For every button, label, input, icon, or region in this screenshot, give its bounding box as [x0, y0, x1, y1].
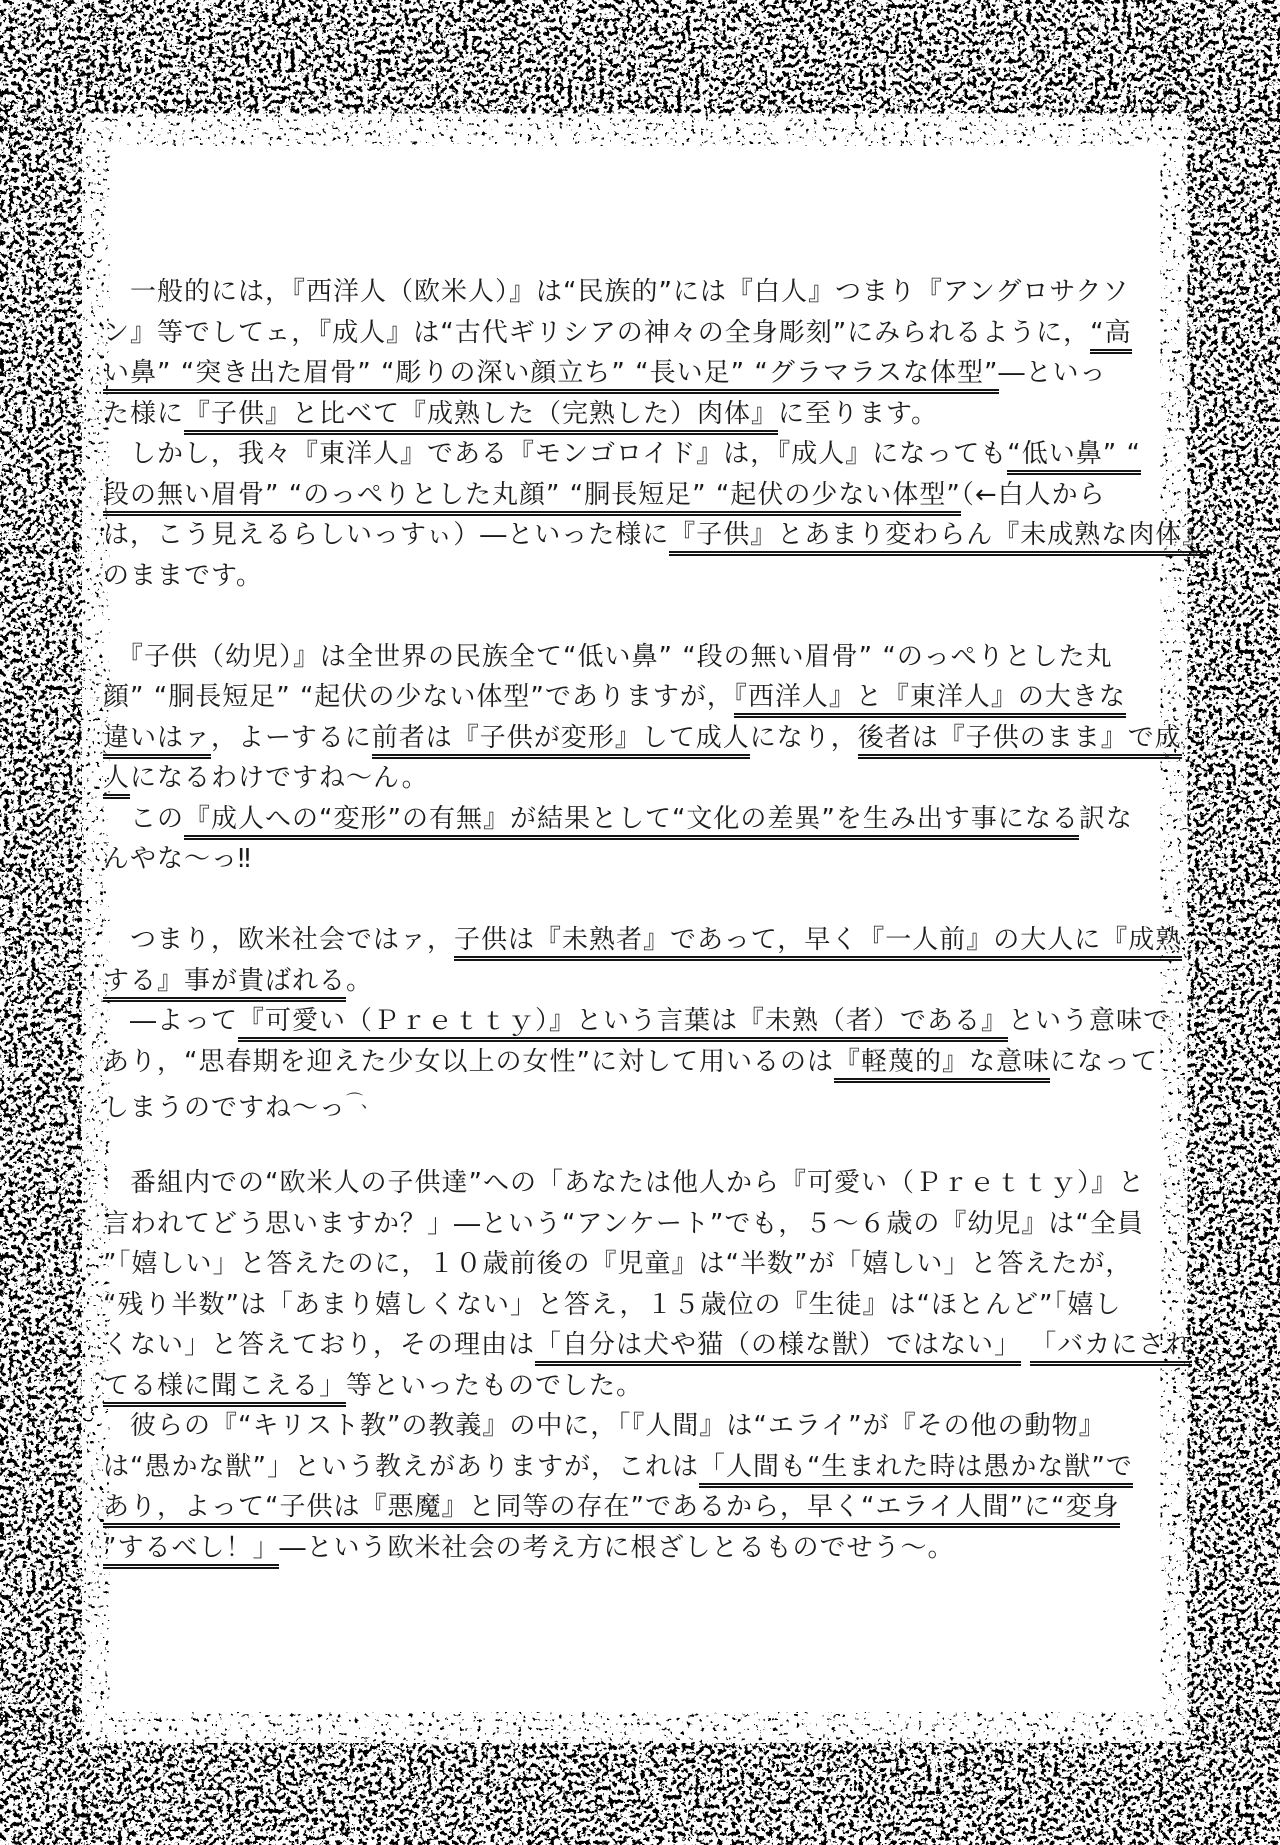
text-line: 顔” “胴長短足” “起伏の少ない体型”でありますが，『西洋人』と『東洋人』の大… — [103, 677, 1189, 718]
document-text: 一般的には，『西洋人（欧米人）』は“民族的”には『白人』つまり『アングロサクソン… — [103, 272, 1189, 1568]
text-segment: （←白人から — [961, 480, 1106, 510]
text-line: 違いはァ，よーするに前者は『子供が変形』して成人になり，後者は『子供のまま』で成 — [103, 718, 1189, 759]
text-segment: ―といっ — [999, 358, 1107, 388]
text-segment: “残り半数”は「あまり嬉しくない」と答え，１５歳位の『生徒』は“ほとんど”「嬉し — [103, 1290, 1121, 1320]
underlined-text-segment: 『可愛い（Ｐｒｅｔｔｙ）』という言葉は『未熟（者）である』 — [238, 1006, 1008, 1042]
text-line: つまり，欧米社会ではァ，子供は『未熟者』であって，早く『一人前』の大人に『成熟 — [103, 920, 1189, 961]
text-segment: のままです。 — [103, 561, 263, 591]
text-segment: ン』等でしてェ，『成人』は“古代ギリシアの神々の全身彫刻”にみられるように， — [103, 318, 1090, 348]
text-line: んやな～っ‼ — [103, 839, 1189, 880]
border-bottom-fringe — [0, 1714, 1280, 1748]
underlined-text-segment: い鼻” “突き出た眉骨” “彫りの深い顔立ち” “長い足” “グラマラスな体型” — [103, 358, 999, 394]
border-bottom-speckle — [0, 1748, 1280, 1845]
text-segment: に至ります。 — [778, 399, 938, 429]
text-line: 番組内での“欧米人の子供達”への「あなたは他人から『可愛い（Ｐｒｅｔｔｙ）』と — [103, 1163, 1189, 1204]
underlined-text-segment: 違いはァ — [103, 723, 211, 759]
scanned-document-page: 一般的には，『西洋人（欧米人）』は“民族的”には『白人』つまり『アングロサクソン… — [0, 0, 1280, 1845]
text-line: ―よって『可愛い（Ｐｒｅｔｔｙ）』という言葉は『未熟（者）である』という意味で — [103, 1001, 1189, 1042]
text-line: てる様に聞こえる」等といったものでした。 — [103, 1366, 1189, 1407]
text-line: のままです。 — [103, 556, 1189, 597]
text-line: は“愚かな獣”」という教えがありますが，これは「人間も“生まれた時は愚かな獣”で — [103, 1447, 1189, 1488]
text-line: 彼らの『“キリスト教”の教義』の中に，「『人間』は“エライ”が『その他の動物』 — [103, 1406, 1189, 1447]
text-segment: この — [103, 804, 184, 834]
text-line: ”「嬉しい」と答えたのに，１０歳前後の『児童』は“半数”が「嬉しい」と答えたが， — [103, 1244, 1189, 1285]
paragraph-gap — [103, 1123, 1189, 1164]
underlined-text-segment: 後者は『子供のまま』で成 — [858, 723, 1182, 759]
paragraph-gap — [103, 880, 1189, 921]
text-line: ”するべし！」―という欧米社会の考え方に根ざしとるものでせう～。 — [103, 1528, 1189, 1569]
underlined-text-segment: 人 — [103, 763, 130, 799]
text-line: “残り半数”は「あまり嬉しくない」と答え，１５歳位の『生徒』は“ほとんど”「嬉し — [103, 1285, 1189, 1326]
text-line: 言われてどう思いますか？」―という“アンケート”でも，５～６歳の『幼児』は“全員 — [103, 1204, 1189, 1245]
underlined-text-segment: する』事が貴ばれる — [103, 966, 346, 1002]
text-segment: 。 — [346, 966, 373, 996]
text-segment: 番組内での“欧米人の子供達”への「あなたは他人から『可愛い（Ｐｒｅｔｔｙ）』と — [103, 1168, 1145, 1198]
border-left-speckle — [0, 0, 78, 1845]
text-segment: 等といったものでした。 — [346, 1371, 643, 1401]
paragraph: 『子供（幼児）』は全世界の民族全て“低い鼻” “段の無い眉骨” “のっぺりとした… — [103, 637, 1189, 880]
paragraph: つまり，欧米社会ではァ，子供は『未熟者』であって，早く『一人前』の大人に『成熟す… — [103, 920, 1189, 1123]
text-line: この『成人への“変形”の有無』が結果として“文化の差異”を生み出す事になる訳な — [103, 799, 1189, 840]
text-line: しかし，我々『東洋人』である『モンゴロイド』は，『成人』になっても“低い鼻” “ — [103, 434, 1189, 475]
border-top-fringe — [0, 108, 1280, 144]
text-segment — [1021, 1330, 1030, 1360]
border-top-speckle — [0, 0, 1280, 108]
text-segment: 訳な — [1079, 804, 1133, 834]
underlined-text-segment: ”するべし！」 — [103, 1533, 279, 1569]
text-segment: しかし，我々『東洋人』である『モンゴロイド』は，『成人』になっても — [103, 439, 1007, 469]
underlined-text-segment: 「自分は犬や猫（の様な獣）ではない」 — [535, 1330, 1021, 1366]
text-segment: 顔” “胴長短足” “起伏の少ない体型”でありますが， — [103, 682, 734, 712]
text-segment: ―という欧米社会の考え方に根ざしとるものでせう～。 — [279, 1533, 954, 1563]
text-line: 『子供（幼児）』は全世界の民族全て“低い鼻” “段の無い眉骨” “のっぺりとした… — [103, 637, 1189, 678]
underlined-text-segment: 「人間も“生まれた時は愚かな獣”で — [699, 1452, 1133, 1488]
paragraph: 一般的には，『西洋人（欧米人）』は“民族的”には『白人』つまり『アングロサクソン… — [103, 272, 1189, 596]
text-segment: ⌒、 — [346, 1092, 376, 1112]
text-line: くない」と答えており，その理由は「自分は犬や猫（の様な獣）ではない」 「バカにさ… — [103, 1325, 1189, 1366]
text-segment: た様に — [103, 399, 184, 429]
paragraph: 番組内での“欧米人の子供達”への「あなたは他人から『可愛い（Ｐｒｅｔｔｙ）』と言… — [103, 1163, 1189, 1568]
underlined-text-segment: あり，よって“子供は『悪魔』と同等の存在”であるから，早く“エライ人間”に“変身 — [103, 1492, 1120, 1528]
text-line: あり，“思春期を迎えた少女以上の女性”に対して用いるのは『軽蔑的』な意味になって — [103, 1042, 1189, 1083]
underlined-text-segment: 『子供』とあまり変わらん『未成熟な肉体』 — [669, 520, 1209, 556]
text-segment: 一般的には，『西洋人（欧米人）』は“民族的”には『白人』つまり『アングロサクソ — [103, 277, 1129, 307]
text-segment: くない」と答えており，その理由は — [103, 1330, 535, 1360]
underlined-text-segment: 『成人への“変形”の有無』が結果として“文化の差異”を生み出す事になる — [184, 804, 1079, 840]
paragraph-gap — [103, 596, 1189, 637]
text-segment: になるわけですね～ん。 — [130, 763, 429, 793]
text-line: ン』等でしてェ，『成人』は“古代ギリシアの神々の全身彫刻”にみられるように，“高 — [103, 313, 1189, 354]
text-segment: 彼らの『“キリスト教”の教義』の中に，「『人間』は“エライ”が『その他の動物』 — [103, 1411, 1106, 1441]
underlined-text-segment: 「バカにされ — [1030, 1330, 1192, 1366]
underlined-text-segment: 『西洋人』と『東洋人』の大きな — [734, 682, 1126, 718]
underlined-text-segment: 子供は『未熟者』であって，早く『一人前』の大人に『成熟 — [454, 925, 1182, 961]
text-segment: 言われてどう思いますか？」―という“アンケート”でも，５～６歳の『幼児』は“全員 — [103, 1209, 1144, 1239]
text-segment: あり，“思春期を迎えた少女以上の女性”に対して用いるのは — [103, 1047, 834, 1077]
text-segment: 『子供（幼児）』は全世界の民族全て“低い鼻” “段の無い眉骨” “のっぺりとした… — [103, 642, 1113, 672]
underlined-text-segment: 前者は『子供が変形』して成人 — [372, 723, 750, 759]
text-line: しまうのですね～っ⌒、 — [103, 1082, 1189, 1123]
text-line: 段の無い眉骨” “のっぺりとした丸顔” “胴長短足” “起伏の少ない体型”（←白… — [103, 475, 1189, 516]
text-line: は，こう見えるらしいっすぃ）―といった様に『子供』とあまり変わらん『未成熟な肉体… — [103, 515, 1189, 556]
text-line: た様に『子供』と比べて『成熟した（完熟した）肉体』に至ります。 — [103, 394, 1189, 435]
text-segment: になって — [1050, 1047, 1158, 1077]
text-segment: は，こう見えるらしいっすぃ）―といった様に — [103, 520, 669, 550]
text-segment: という意味で — [1008, 1006, 1170, 1036]
underlined-text-segment: “低い鼻” “ — [1007, 439, 1141, 475]
text-segment: つまり，欧米社会ではァ， — [103, 925, 454, 955]
text-segment: ，よーするに — [211, 723, 372, 753]
text-line: い鼻” “突き出た眉骨” “彫りの深い顔立ち” “長い足” “グラマラスな体型”… — [103, 353, 1189, 394]
text-line: する』事が貴ばれる。 — [103, 961, 1189, 1002]
text-line: 一般的には，『西洋人（欧米人）』は“民族的”には『白人』つまり『アングロサクソ — [103, 272, 1189, 313]
text-segment: ―よって — [103, 1006, 238, 1036]
underlined-text-segment: “高 — [1090, 318, 1131, 354]
text-segment: しまうのですね～っ — [103, 1093, 346, 1123]
text-segment: は“愚かな獣”」という教えがありますが，これは — [103, 1452, 699, 1482]
text-segment: んやな～っ‼ — [103, 844, 252, 874]
underlined-text-segment: 『子供』と比べて『成熟した（完熟した）肉体』 — [184, 399, 778, 435]
text-segment: ”「嬉しい」と答えたのに，１０歳前後の『児童』は“半数”が「嬉しい」と答えたが， — [103, 1249, 1132, 1279]
text-segment: になり， — [750, 723, 858, 753]
text-line: あり，よって“子供は『悪魔』と同等の存在”であるから，早く“エライ人間”に“変身 — [103, 1487, 1189, 1528]
text-line: 人になるわけですね～ん。 — [103, 758, 1189, 799]
underlined-text-segment: 『軽蔑的』な意味 — [834, 1047, 1050, 1083]
border-right-speckle — [1192, 0, 1280, 1845]
underlined-text-segment: てる様に聞こえる」 — [103, 1371, 346, 1407]
underlined-text-segment: 段の無い眉骨” “のっぺりとした丸顔” “胴長短足” “起伏の少ない体型” — [103, 480, 961, 516]
